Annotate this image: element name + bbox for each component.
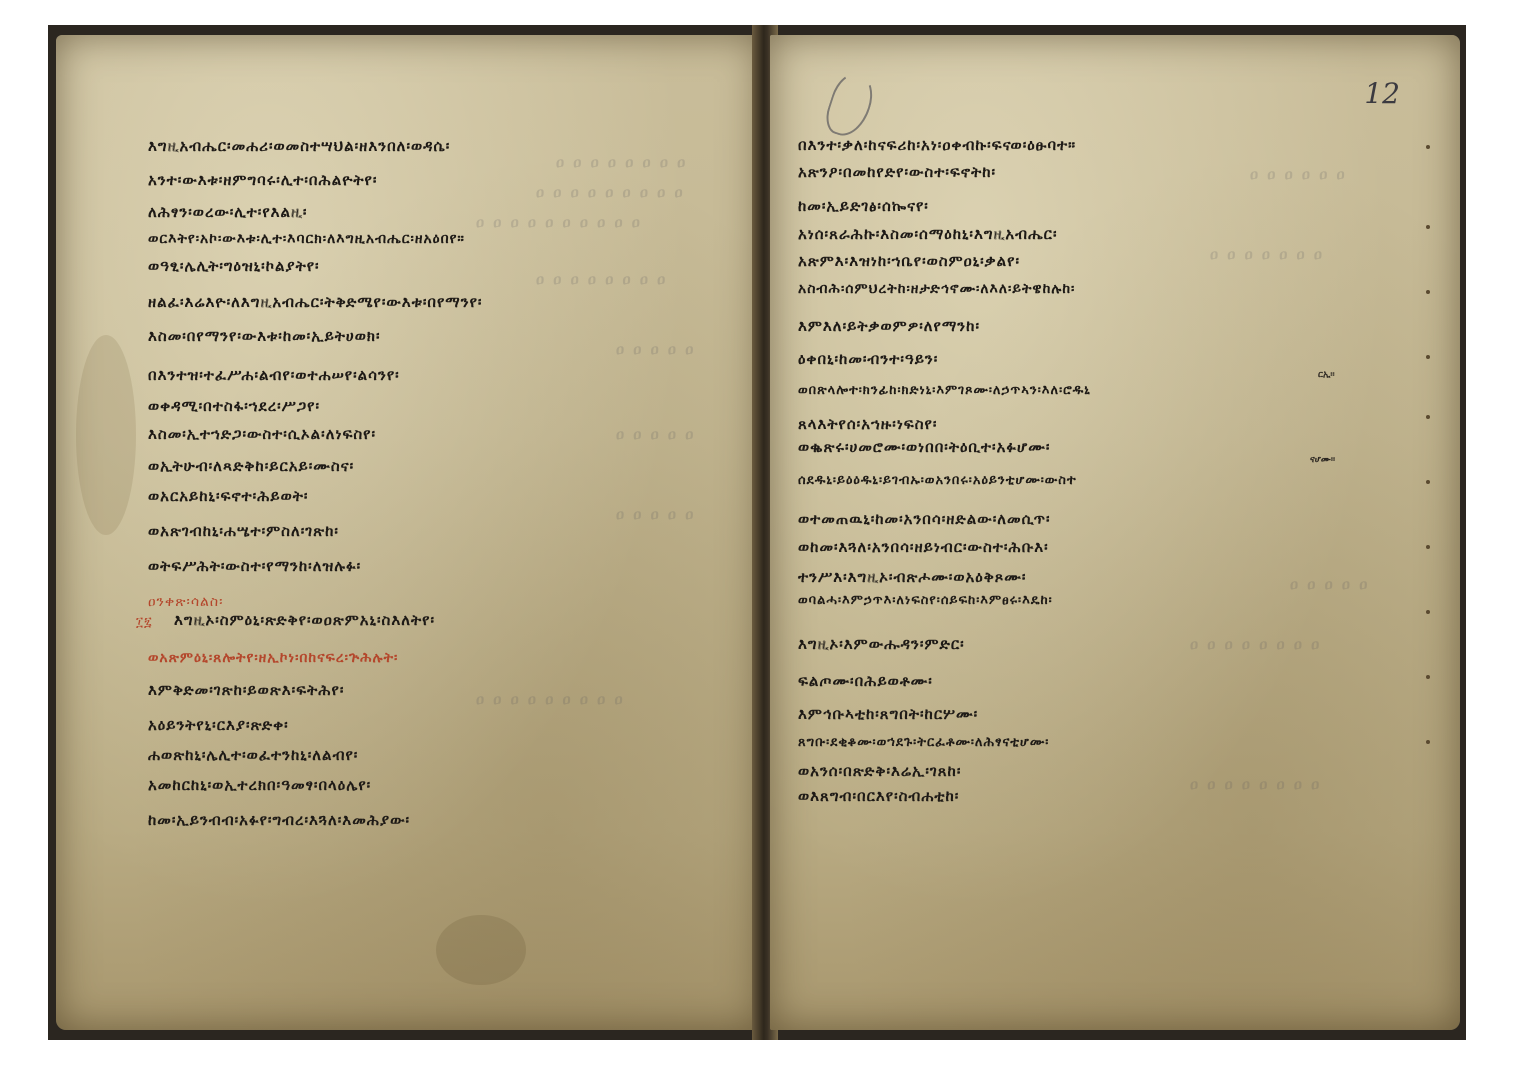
- text-line: እስመ፡ኢተኀድጋ፡ውስተ፡ሲኦል፡ለነፍስየ፡: [148, 425, 376, 443]
- pricking-hole: [1426, 415, 1430, 419]
- text-line: ሐወጽከኒ፡ሌሊተ፡ወፈተንከኒ፡ለልብየ፡: [148, 746, 358, 764]
- text-line: ወኢትሁብ፡ለጻድቅከ፡ይርአይ፡ሙስና፡: [148, 457, 354, 475]
- text-line: እግዚኦ፡እምውሑዳን፡ምድር፡: [798, 635, 965, 653]
- text-line: አዕይንትየኒ፡ርእያ፡ጽድቀ፡: [148, 716, 289, 734]
- bleed-through-text: ዐ ዐ ዐ ዐ ዐ: [616, 340, 695, 358]
- bleed-through-text: ዐ ዐ ዐ ዐ ዐ ዐ ዐ ዐ: [1190, 635, 1321, 653]
- pricking-hole: [1426, 610, 1430, 614]
- text-line: ወአርአይከኒ፡ፍኖተ፡ሕይወት፡: [148, 487, 308, 505]
- text-line: አንተ፡ውእቱ፡ዘምግባሩ፡ሊተ፡በሕልዮትየ፡: [148, 171, 377, 189]
- right-page: 12 ዐ ዐ ዐ ዐ ዐ ዐ ዐ ዐ ዐ ዐ ዐ ዐ ዐ ዐ ዐ ዐ ዐ ዐ ዐ…: [770, 35, 1460, 1030]
- margin-note: ናሆሙ፡፡: [1310, 455, 1335, 465]
- manuscript-photo: ዐ ዐ ዐ ዐ ዐ ዐ ዐ ዐ ዐ ዐ ዐ ዐ ዐ ዐ ዐ ዐ ዐ ዐ ዐ ዐ …: [48, 25, 1466, 1040]
- pricking-hole: [1426, 225, 1430, 229]
- bleed-through-text: ዐ ዐ ዐ ዐ ዐ ዐ: [1250, 165, 1347, 183]
- text-line: እምኅቡኣቲከ፡ጸግበት፡ከርሦሙ፡: [798, 705, 978, 723]
- text-line: ወቀዳሚ፡በተስፋ፡ኀደረ፡ሥጋየ፡: [148, 397, 320, 415]
- text-line: ወአንሰ፡በጽድቅ፡እሬኢ፡ገጸከ፡: [798, 762, 961, 780]
- text-line: እስመ፡በየማንየ፡ውእቱ፡ከመ፡ኢይትሀወክ፡: [148, 327, 381, 345]
- bleed-through-text: ዐ ዐ ዐ ዐ ዐ ዐ ዐ ዐ ዐ: [536, 183, 685, 201]
- text-line: ወበጽላሎተ፡ክንፊከ፡ክድነኒ፡እምገጾሙ፡ለኃጥኣን፡እለ፡ሮዱኒ: [798, 383, 1091, 398]
- pricking-hole: [1426, 355, 1430, 359]
- text-line: ወአጽገብከኒ፡ሐሤተ፡ምስለ፡ገጽከ፡: [148, 522, 339, 540]
- bleed-through-text: ዐ ዐ ዐ ዐ ዐ: [1290, 575, 1369, 593]
- text-line: ፍልጦሙ፡በሕይወቶሙ፡: [798, 672, 933, 690]
- text-line: ለሕፃን፡ወረው፡ሊተ፡የእልዚ፡: [148, 203, 307, 221]
- bleed-through-text: ዐ ዐ ዐ ዐ ዐ: [616, 505, 695, 523]
- text-line: ወከመ፡እጓለ፡አንበሳ፡ዘይነብር፡ውስተ፡ሕቡእ፡: [798, 538, 1049, 556]
- text-line: አነሰ፡ጸራሕኩ፡እስመ፡ሰማዕከኒ፡እግዚአብሔር፡: [798, 225, 1058, 243]
- text-line: ተንሥእ፡እግዚኦ፡ብጽሖሙ፡ወአዕቅጾሙ፡: [798, 568, 1026, 586]
- text-line: አጽምእ፡እዝነከ፡ኀቤየ፡ወስምዐኒ፡ቃልየ፡: [798, 252, 1020, 270]
- text-line: አመከርከኒ፡ወኢተረክበ፡ዓመፃ፡በላዕሌየ፡: [148, 776, 371, 794]
- pricking-hole: [1426, 740, 1430, 744]
- bleed-through-text: ዐ ዐ ዐ ዐ ዐ: [616, 425, 695, 443]
- text-line: ሰደዱኒ፡ይዕዕዱኒ፡ይገብኡ፡ወአንበሩ፡አዕይንቲሆሙ፡ውስተ: [798, 473, 1077, 488]
- pricking-hole: [1426, 675, 1430, 679]
- rubric-line: ወአጽምዕኒ፡ጸሎትየ፡ዘኢኮነ፡በከናፍረ፡ጕሕሉት፡: [148, 650, 398, 666]
- pricking-hole: [1426, 290, 1430, 294]
- text-line: አስብሕ፡ሰምህረትከ፡ዘታድኅኖሙ፡ለእለ፡ይትዌከሉከ፡: [798, 281, 1075, 297]
- text-line: አጽንዖ፡በመከየድየ፡ውስተ፡ፍኖትከ፡: [798, 163, 996, 181]
- text-line: እምቅድመ፡ገጽከ፡ይወጽእ፡ፍትሕየ፡: [148, 681, 344, 699]
- text-line: ጸግቡ፡ደቂቆሙ፡ወኀደጉ፡ትርፈቶሙ፡ለሕፃናቲሆሙ፡: [798, 735, 1049, 750]
- text-line: እግዚአብሔር፡መሐሪ፡ወመስተሣህል፡ዘእንበለ፡ወዳሴ፡: [148, 137, 450, 155]
- text-line: ወባልሓ፡እምኃጥእ፡ለነፍስየ፡ሰይፍከ፡እምፀሩ፡እዴከ፡: [798, 593, 1053, 608]
- text-line: እግዚኦ፡ስምዕኒ፡ጽድቅየ፡ወዐጽምአኒ፡ስእለትየ፡: [174, 611, 435, 629]
- text-line: እምእለ፡ይትቃወምዎ፡ለየማንከ፡: [798, 317, 980, 335]
- text-line: ወቈጽሩ፡ሀመሮሙ፡ወነበበ፡ትዕቢተ፡አፉሆሙ፡: [798, 438, 1050, 456]
- pencil-mark: [821, 68, 879, 141]
- text-line: ወርእትየ፡አኮ፡ውእቱ፡ሊተ፡እባርክ፡ለእግዚአብሔር፡ዘአዕበየ።: [148, 231, 465, 247]
- text-line: ወዓፂ፡ሌሊት፡ግዕዝኒ፡ኮልያትየ፡: [148, 257, 320, 275]
- bleed-through-text: ዐ ዐ ዐ ዐ ዐ ዐ ዐ ዐ ዐ: [476, 690, 625, 708]
- pricking-hole: [1426, 145, 1430, 149]
- bleed-through-text: ዐ ዐ ዐ ዐ ዐ ዐ ዐ ዐ ዐ ዐ: [476, 213, 642, 231]
- stain: [76, 335, 136, 535]
- text-line: ወትፍሥሕት፡ውስተ፡የማንከ፡ለዝሉፉ፡: [148, 557, 361, 575]
- text-line: በእንተ፡ቃለ፡ከናፍሪከ፡አነ፡ዐቀብኩ፡ፍናወ፡ዕፁባተ።: [798, 136, 1076, 154]
- rubric-heading: ዐንቀጽ፡ሳልስ፡: [148, 594, 223, 610]
- bleed-through-text: ዐ ዐ ዐ ዐ ዐ ዐ ዐ ዐ: [1190, 775, 1321, 793]
- bleed-through-text: ዐ ዐ ዐ ዐ ዐ ዐ ዐ: [1210, 245, 1324, 263]
- pricking-hole: [1426, 480, 1430, 484]
- text-line: ዕቀበኒ፡ከመ፡ብንተ፡ዓይን፡: [798, 350, 938, 368]
- text-line: ወተመጠዉኒ፡ከመ፡አንበሳ፡ዘድልው፡ለመሲጥ፡: [798, 510, 1051, 528]
- text-line: ዘልፈ፡እሬእዮ፡ለእግዚአብሔር፡ትቅድሜየ፡ውእቱ፡በየማንየ፡: [148, 293, 482, 311]
- margin-note: ርኢ፡፡: [1318, 370, 1335, 380]
- folio-number: 12: [1364, 77, 1400, 110]
- bleed-through-text: ዐ ዐ ዐ ዐ ዐ ዐ ዐ ዐ: [536, 270, 667, 288]
- text-line: ከመ፡ኢይንብብ፡አፉየ፡ግብረ፡እጓለ፡እመሕያው፡: [148, 811, 410, 829]
- text-line: ጸላእትየሰ፡አኀዙ፡ነፍስየ፡: [798, 415, 937, 433]
- text-line: በእንተዝ፡ተፈሥሐ፡ልብየ፡ወተሐሠየ፡ልሳንየ፡: [148, 366, 400, 384]
- stain: [436, 915, 526, 985]
- pricking-hole: [1426, 545, 1430, 549]
- rubric-number: ፲፯: [136, 615, 153, 630]
- bleed-through-text: ዐ ዐ ዐ ዐ ዐ ዐ ዐ ዐ: [556, 153, 687, 171]
- left-page: ዐ ዐ ዐ ዐ ዐ ዐ ዐ ዐ ዐ ዐ ዐ ዐ ዐ ዐ ዐ ዐ ዐ ዐ ዐ ዐ …: [56, 35, 761, 1030]
- text-line: ወእጸግብ፡በርእየ፡ስብሐቲከ፡: [798, 787, 959, 805]
- text-line: ከመ፡ኢይድገፅ፡ሰኰናየ፡: [798, 197, 929, 215]
